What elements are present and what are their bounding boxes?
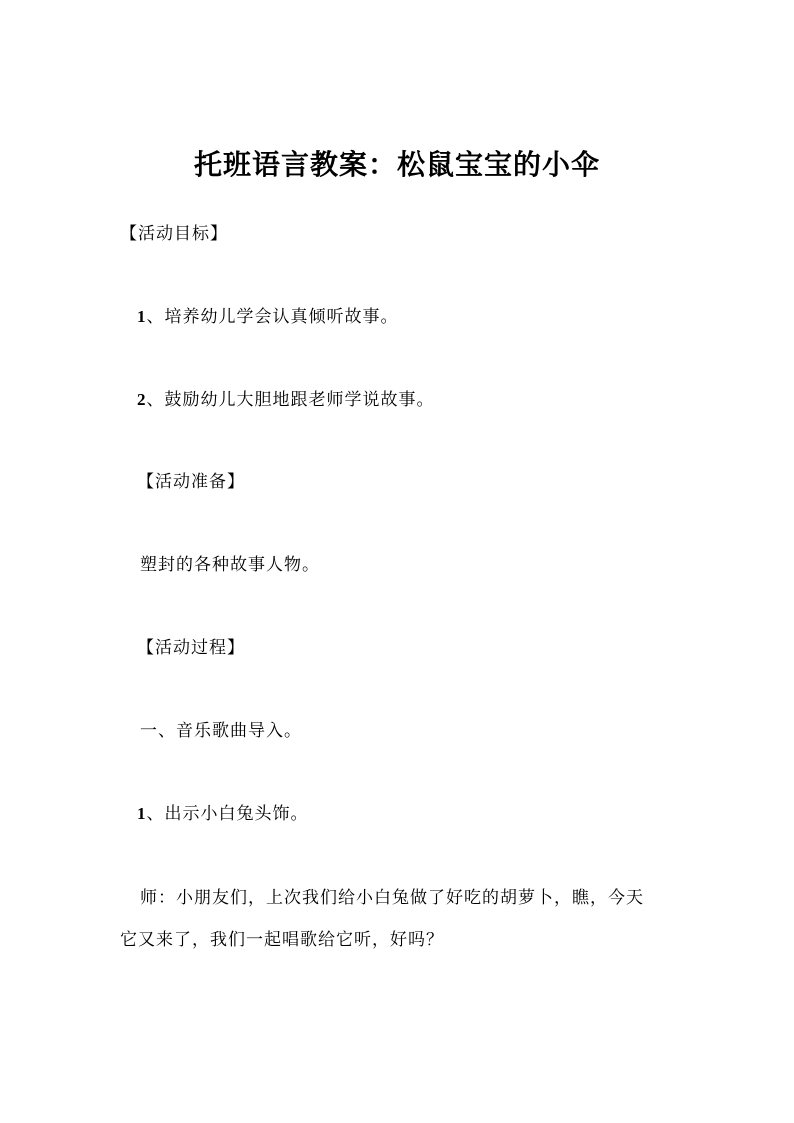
substep-number: 1 xyxy=(137,804,147,823)
goal-item-text: 、鼓励幼儿大胆地跟老师学说故事。 xyxy=(147,390,435,410)
process-step-1: 一、音乐歌曲导入。 xyxy=(140,719,302,743)
document-page: 托班语言教案：松鼠宝宝的小伞 【活动目标】 1、培养幼儿学会认真倾听故事。 2、… xyxy=(0,0,794,1123)
goal-item-number: 1 xyxy=(137,307,147,326)
preparation-text: 塑封的各种故事人物。 xyxy=(140,553,320,577)
process-substep-1: 1、出示小白兔头饰。 xyxy=(137,802,309,826)
dialogue-line-1: 师：小朋友们，上次我们给小白兔做了好吃的胡萝卜，瞧，今天 xyxy=(140,886,644,910)
section-heading-process: 【活动过程】 xyxy=(137,636,245,660)
goal-item-1: 1、培养幼儿学会认真倾听故事。 xyxy=(137,305,399,329)
goal-item-text: 、培养幼儿学会认真倾听故事。 xyxy=(147,307,399,327)
dialogue-line-2: 它又来了，我们一起唱歌给它听，好吗？ xyxy=(120,928,444,952)
document-title: 托班语言教案：松鼠宝宝的小伞 xyxy=(0,145,794,185)
goal-item-number: 2 xyxy=(137,390,147,409)
substep-text: 、出示小白兔头饰。 xyxy=(147,804,309,824)
section-heading-goals: 【活动目标】 xyxy=(120,222,228,246)
goal-item-2: 2、鼓励幼儿大胆地跟老师学说故事。 xyxy=(137,388,435,412)
section-heading-preparation: 【活动准备】 xyxy=(137,470,245,494)
